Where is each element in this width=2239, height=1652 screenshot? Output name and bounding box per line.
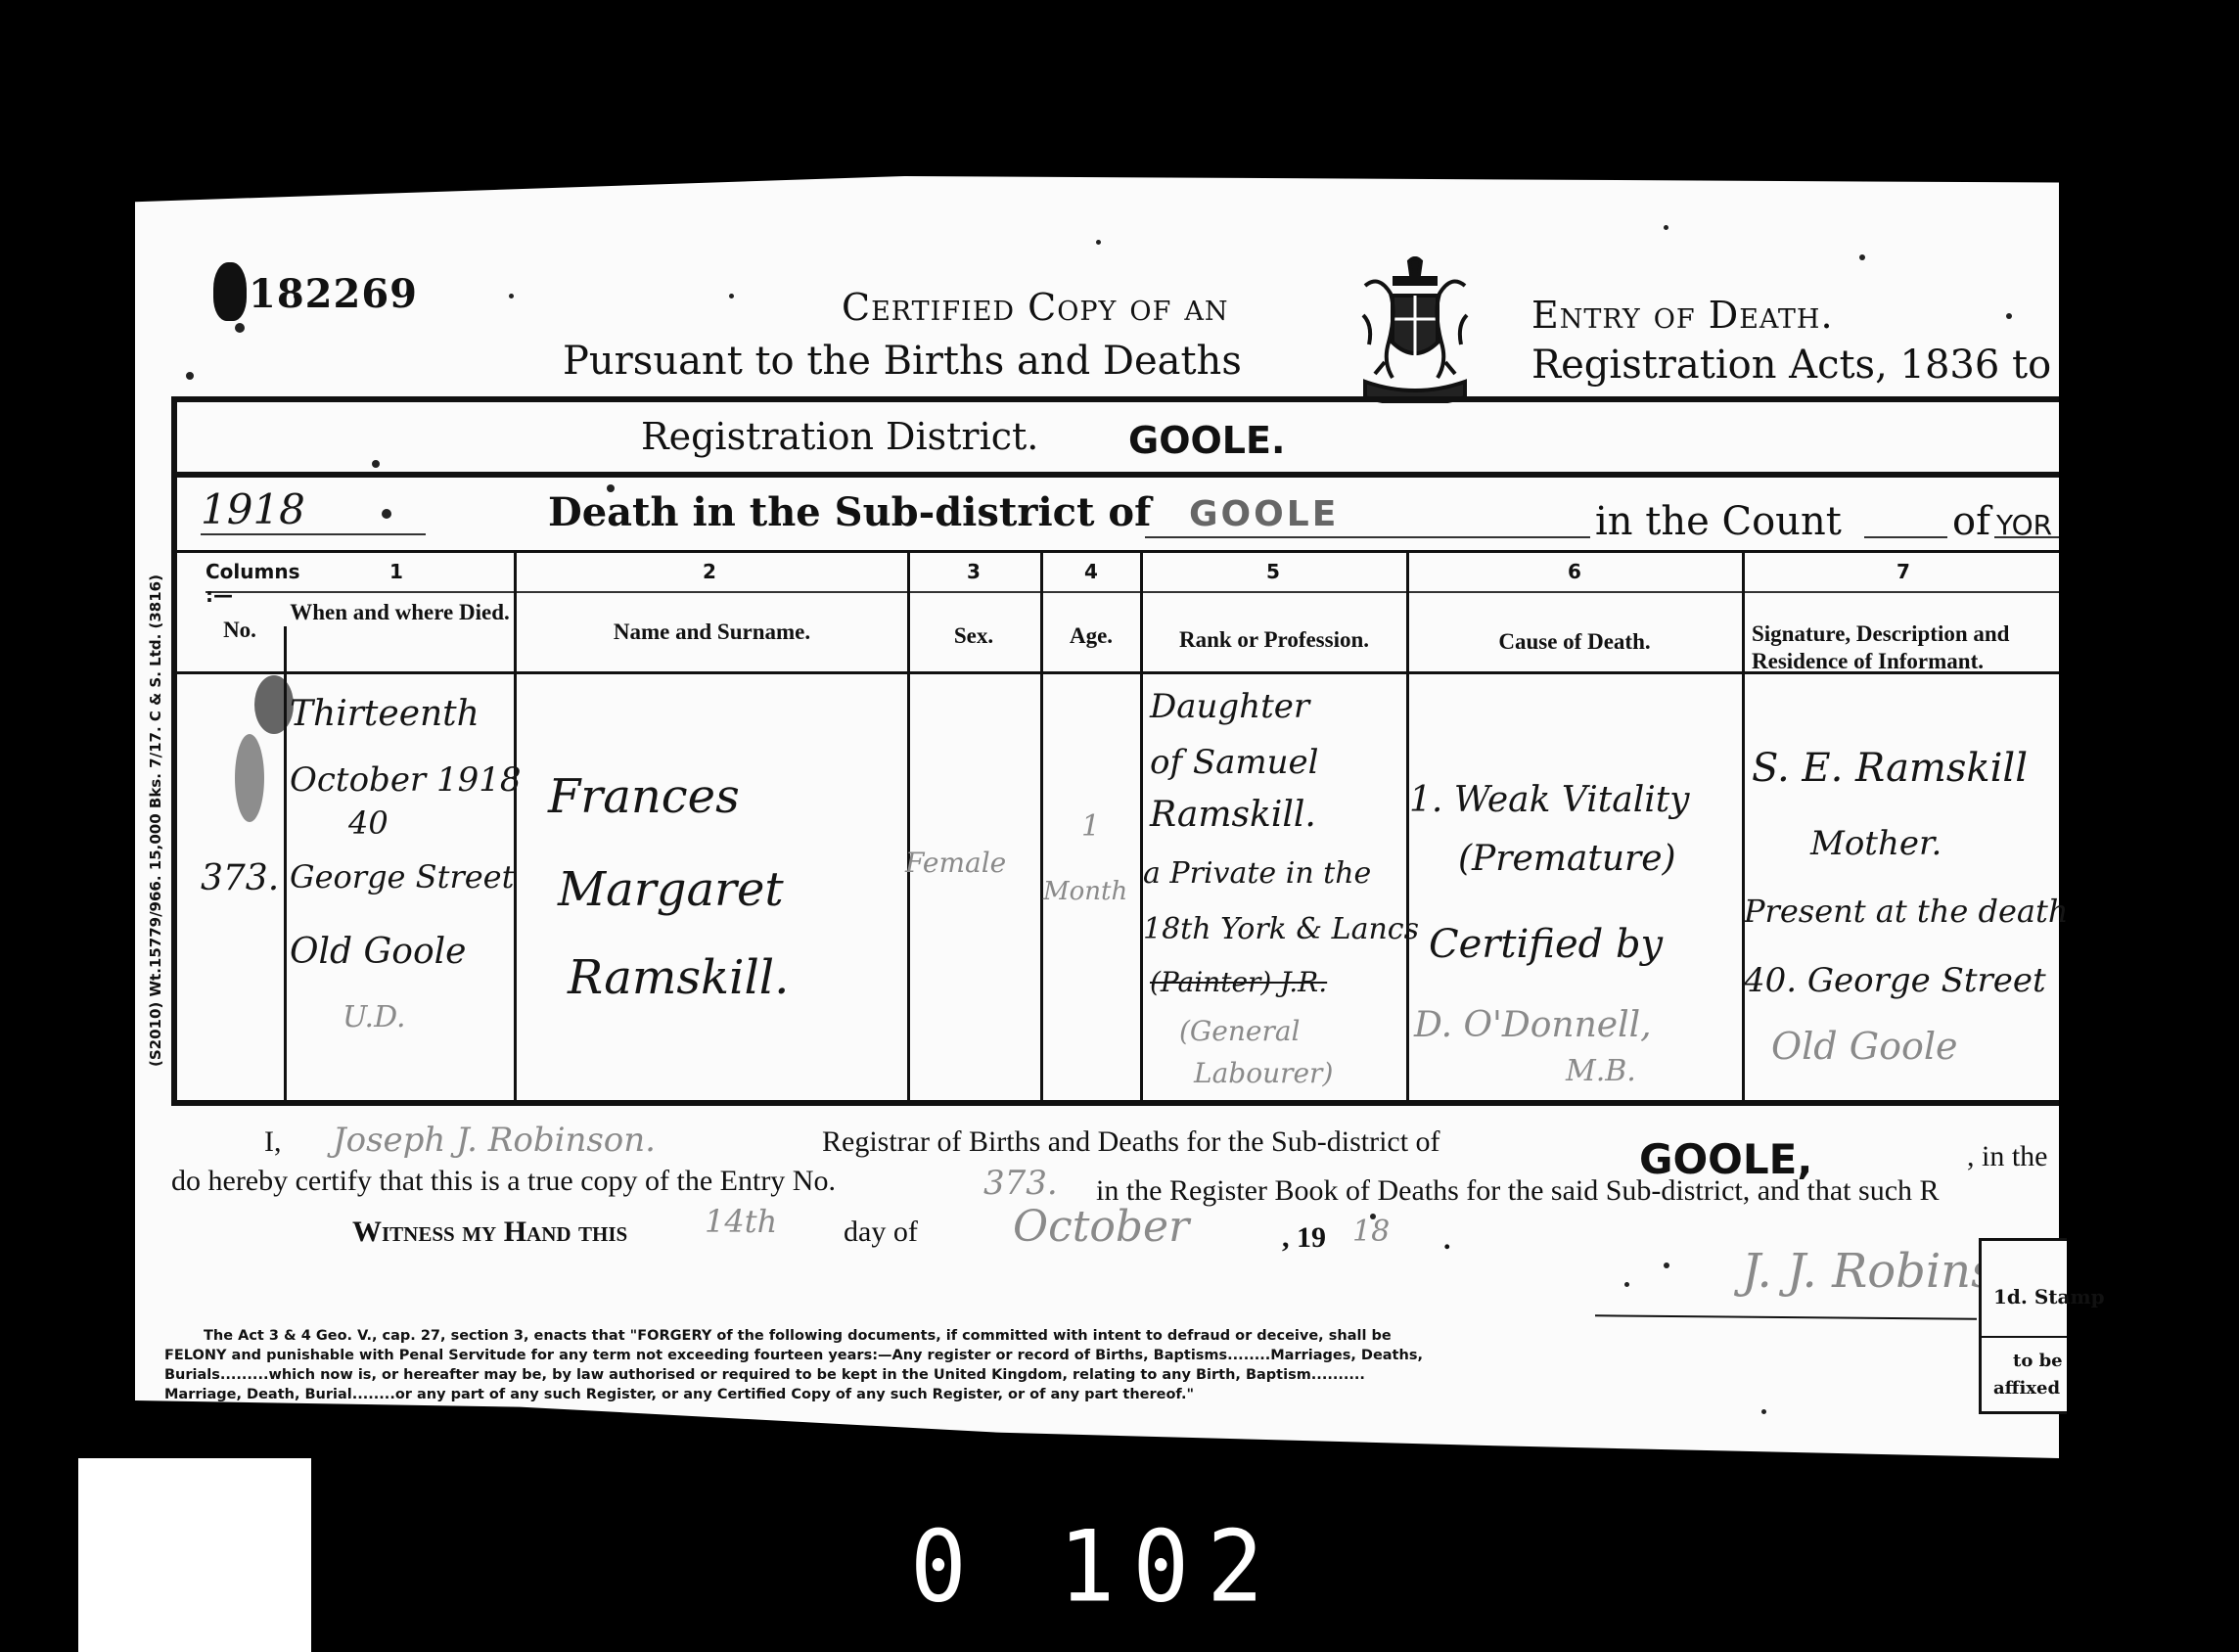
name-line: Ramskill. xyxy=(568,954,789,1001)
registration-district-value: GOOLE. xyxy=(1128,419,1285,462)
cause-line: 1. Weak Vitality xyxy=(1409,783,1690,818)
stamp-divider xyxy=(1982,1336,2067,1338)
age-unit: Month xyxy=(1043,879,1127,904)
rank-line: of Samuel xyxy=(1150,746,1319,779)
informant-line: Mother. xyxy=(1810,827,1942,860)
title-entry-of-death: Entry of Death. xyxy=(1531,294,1834,337)
column-number-4: 4 xyxy=(1067,560,1116,583)
column-divider xyxy=(514,553,517,1101)
registrar-name: Joseph J. Robinson. xyxy=(333,1124,656,1157)
informant-line: S. E. Ramskill xyxy=(1752,749,2028,788)
notice-line: FELONY and punishable with Penal Servitu… xyxy=(164,1346,1446,1365)
header-age: Age. xyxy=(1043,622,1139,650)
notice-line: The Act 3 & 4 Geo. V., cap. 27, section … xyxy=(164,1326,1446,1346)
cell-sex: Female xyxy=(905,849,1006,877)
witness-label: Witness my Hand this xyxy=(352,1216,627,1249)
header-no: No. xyxy=(201,617,279,644)
rank-line: Ramskill. xyxy=(1150,798,1316,833)
column-number-3: 3 xyxy=(949,560,998,583)
forgery-notice: The Act 3 & 4 Geo. V., cap. 27, section … xyxy=(164,1326,1446,1404)
title-registration-acts: Registration Acts, 1836 to xyxy=(1531,343,2051,388)
header-name: Name and Surname. xyxy=(519,619,905,646)
blank-white-card xyxy=(78,1458,311,1652)
header-rank: Rank or Profession. xyxy=(1143,626,1405,654)
notice-line: Marriage, Death, Burial........or any pa… xyxy=(164,1385,1446,1404)
notice-line: Burials.........which now is, or hereaft… xyxy=(164,1365,1446,1385)
when-line: 40 xyxy=(348,807,388,839)
informant-line: 40. George Street xyxy=(1744,964,2046,997)
age-value: 1 xyxy=(1081,812,1100,842)
rank-line-struck: (Painter) J.R. xyxy=(1150,969,1327,996)
divider xyxy=(177,550,2059,553)
cert-entry-no: 373. xyxy=(983,1167,1058,1200)
cert-line2-end: in the Register Book of Deaths for the s… xyxy=(1096,1174,1940,1208)
entry-year: 1918 xyxy=(201,489,305,530)
stamp-label: affixed xyxy=(1993,1378,2060,1399)
header-cause: Cause of Death. xyxy=(1409,628,1740,656)
year-suffix: 18 xyxy=(1352,1217,1390,1247)
stamp-label: to be xyxy=(2013,1351,2063,1371)
cert-line1-end: , in the xyxy=(1967,1140,2048,1173)
print-code: (S2010) Wt.15779/966. 15,000 Bks. 7/17. … xyxy=(147,574,164,1067)
column-divider xyxy=(1742,553,1745,1106)
royal-coat-of-arms-icon xyxy=(1355,256,1475,403)
rank-line: 18th York & Lancs xyxy=(1143,915,1419,944)
frame-counter: 0 102 xyxy=(910,1509,1281,1625)
stamp-box: 1d. Stamp to be affixed xyxy=(1979,1238,2067,1414)
county-of: of xyxy=(1952,499,1990,544)
rank-line: Labourer) xyxy=(1194,1060,1333,1087)
cert-line2-start: do hereby certify that this is a true co… xyxy=(171,1165,836,1198)
header-sex: Sex. xyxy=(910,622,1037,650)
column-number-7: 7 xyxy=(1879,560,1928,583)
column-divider xyxy=(284,626,287,1101)
rank-line: Daughter xyxy=(1150,690,1309,723)
entry-number: 373. xyxy=(201,861,279,896)
registration-district-label: Registration District. xyxy=(641,415,1038,458)
cause-line: Certified by xyxy=(1429,925,1663,964)
column-number-6: 6 xyxy=(1550,560,1599,583)
subdistrict-label: Death in the Sub-district of xyxy=(548,489,1151,535)
title-certified-copy: Certified Copy of an xyxy=(842,286,1229,329)
when-line: George Street xyxy=(290,861,514,893)
column-number-2: 2 xyxy=(685,560,734,583)
county-label: in the Count xyxy=(1595,499,1842,544)
rank-line: a Private in the xyxy=(1143,859,1371,889)
serial-number-value: 182269 xyxy=(249,271,418,317)
divider xyxy=(177,472,2059,478)
witness-label-text: Witness my Hand this xyxy=(352,1216,627,1248)
serial-number: 182269 xyxy=(213,262,418,321)
divider xyxy=(206,591,2059,593)
header-when-where: When and where Died. xyxy=(290,599,510,626)
header-informant: Signature, Description and Residence of … xyxy=(1752,620,2065,675)
cert-i: I, xyxy=(264,1125,282,1159)
column-number-1: 1 xyxy=(372,560,421,583)
subdistrict-value: GOOLE xyxy=(1189,494,1339,534)
period: . xyxy=(1443,1223,1451,1257)
when-line: October 1918 xyxy=(290,763,522,797)
column-number-5: 5 xyxy=(1249,560,1298,583)
title-pursuant: Pursuant to the Births and Deaths xyxy=(563,339,1242,384)
cert-line1-text: Registrar of Births and Deaths for the S… xyxy=(822,1125,1440,1159)
year-prefix: , 19 xyxy=(1282,1221,1326,1255)
informant-line: Old Goole xyxy=(1771,1028,1957,1065)
cause-line: (Premature) xyxy=(1458,842,1676,877)
informant-line: Present at the death xyxy=(1744,895,2068,927)
rank-line: (General xyxy=(1179,1018,1301,1045)
county-value-underline xyxy=(1994,536,2059,538)
year-underline xyxy=(201,533,426,535)
subdistrict-underline xyxy=(1145,536,1590,538)
serial-prefix-blot xyxy=(213,262,247,321)
witness-month: October xyxy=(1013,1206,1189,1249)
when-line: Old Goole xyxy=(290,935,466,970)
when-line: Thirteenth xyxy=(290,697,480,732)
county-underline xyxy=(1864,536,1947,538)
name-line: Frances xyxy=(548,773,740,820)
cause-line: M.B. xyxy=(1566,1057,1636,1086)
cause-line: D. O'Donnell, xyxy=(1414,1008,1652,1043)
day-of: day of xyxy=(844,1216,918,1249)
stamp-label: 1d. Stamp xyxy=(1993,1285,2105,1308)
witness-day: 14th xyxy=(705,1206,777,1237)
when-line: U.D. xyxy=(343,1003,406,1032)
name-line: Margaret xyxy=(558,866,784,913)
